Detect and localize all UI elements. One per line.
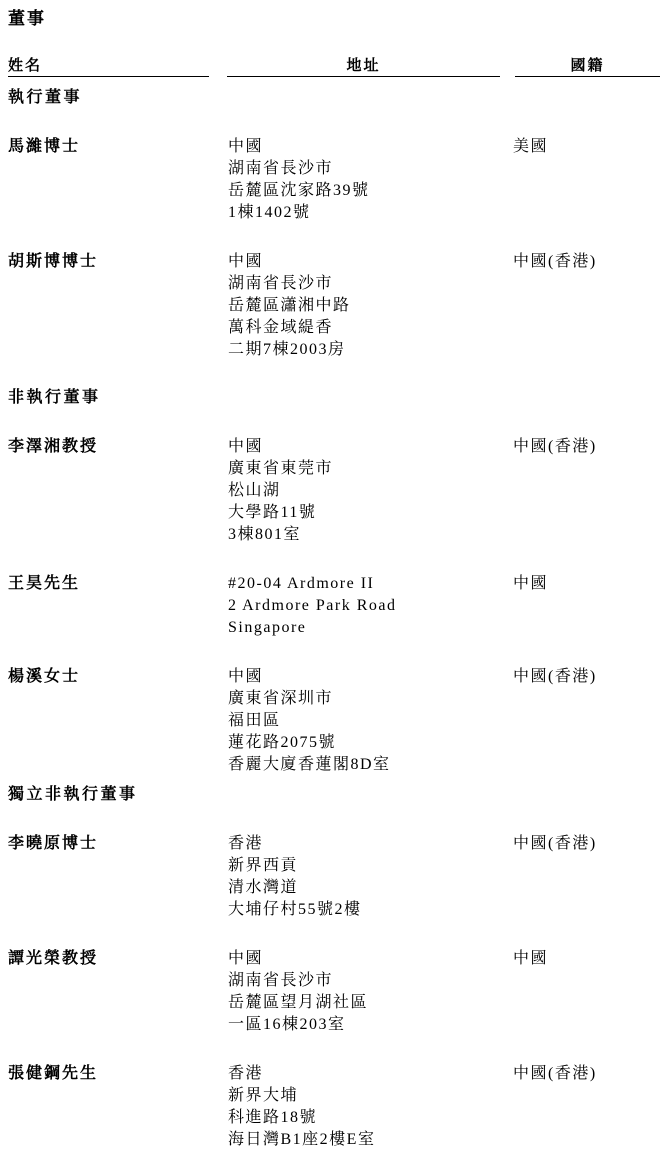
director-row: 張健鋼先生 香港 新界大埔 科進路18號 海日灣B1座2樓E室 中國(香港) — [8, 1063, 660, 1151]
director-row: 譚光榮教授 中國 湖南省長沙市 岳麓區望月湖社區 一區16棟203室 中國 — [8, 948, 660, 1036]
director-row: 李曉原博士 香港 新界西貢 清水灣道 大埔仔村55號2樓 中國(香港) — [8, 833, 660, 921]
director-name: 譚光榮教授 — [8, 948, 228, 1036]
address-line: 新界大埔 — [228, 1085, 513, 1107]
director-nationality: 中國(香港) — [513, 1063, 660, 1151]
address-line: 中國 — [228, 948, 513, 970]
address-line: 中國 — [228, 136, 513, 158]
address-line: 岳麓區望月湖社區 — [228, 992, 513, 1014]
director-name: 李曉原博士 — [8, 833, 228, 921]
address-line: 廣東省深圳市 — [228, 688, 513, 710]
director-address: 中國 湖南省長沙市 岳麓區瀟湘中路 萬科金域緹香 二期7棟2003房 — [228, 251, 513, 361]
address-line: 二期7棟2003房 — [228, 339, 513, 361]
director-address: 香港 新界大埔 科進路18號 海日灣B1座2樓E室 — [228, 1063, 513, 1151]
address-line: 香麗大廈香蓮閣8D室 — [228, 754, 513, 776]
address-line: 3棟801室 — [228, 524, 513, 546]
address-line: 一區16棟203室 — [228, 1014, 513, 1036]
address-line: 大學路11號 — [228, 502, 513, 524]
director-row: 王昊先生 #20-04 Ardmore II 2 Ardmore Park Ro… — [8, 573, 660, 639]
address-line: 科進路18號 — [228, 1107, 513, 1129]
address-line: 清水灣道 — [228, 877, 513, 899]
page-title: 董事 — [8, 8, 660, 30]
address-line: 海日灣B1座2樓E室 — [228, 1129, 513, 1151]
address-line: 福田區 — [228, 710, 513, 732]
address-line: 松山湖 — [228, 480, 513, 502]
table-header: 姓名 地址 國籍 — [8, 58, 660, 77]
director-nationality: 中國 — [513, 573, 660, 639]
director-row: 胡斯博博士 中國 湖南省長沙市 岳麓區瀟湘中路 萬科金域緹香 二期7棟2003房… — [8, 251, 660, 361]
document-page: 董事 姓名 地址 國籍 執行董事 馬濰博士 中國 湖南省長沙市 岳麓區沈家路39… — [8, 8, 660, 1151]
address-line: #20-04 Ardmore II — [228, 573, 513, 595]
director-row: 楊溪女士 中國 廣東省深圳市 福田區 蓮花路2075號 香麗大廈香蓮閣8D室 中… — [8, 666, 660, 776]
director-name: 王昊先生 — [8, 573, 228, 639]
director-nationality: 中國(香港) — [513, 251, 660, 361]
director-name: 李澤湘教授 — [8, 436, 228, 546]
director-nationality: 中國(香港) — [513, 833, 660, 921]
director-name: 馬濰博士 — [8, 136, 228, 224]
column-header-nationality: 國籍 — [515, 58, 660, 77]
address-line: 香港 — [228, 833, 513, 855]
address-line: 廣東省東莞市 — [228, 458, 513, 480]
director-nationality: 中國(香港) — [513, 436, 660, 546]
address-line: 中國 — [228, 251, 513, 273]
director-address: 中國 湖南省長沙市 岳麓區望月湖社區 一區16棟203室 — [228, 948, 513, 1036]
director-name: 胡斯博博士 — [8, 251, 228, 361]
address-line: 2 Ardmore Park Road — [228, 595, 513, 617]
address-line: 萬科金域緹香 — [228, 317, 513, 339]
column-header-name: 姓名 — [8, 58, 209, 77]
director-nationality: 中國 — [513, 948, 660, 1036]
address-line: 新界西貢 — [228, 855, 513, 877]
address-line: 1棟1402號 — [228, 202, 513, 224]
address-line: Singapore — [228, 617, 513, 639]
director-row: 馬濰博士 中國 湖南省長沙市 岳麓區沈家路39號 1棟1402號 美國 — [8, 136, 660, 224]
address-line: 中國 — [228, 666, 513, 688]
director-name: 楊溪女士 — [8, 666, 228, 776]
section-heading-independent-non-executive-directors: 獨立非執行董事 — [8, 784, 660, 806]
director-address: 香港 新界西貢 清水灣道 大埔仔村55號2樓 — [228, 833, 513, 921]
director-address: #20-04 Ardmore II 2 Ardmore Park Road Si… — [228, 573, 513, 639]
director-row: 李澤湘教授 中國 廣東省東莞市 松山湖 大學路11號 3棟801室 中國(香港) — [8, 436, 660, 546]
director-nationality: 美國 — [513, 136, 660, 224]
address-line: 湖南省長沙市 — [228, 158, 513, 180]
address-line: 岳麓區沈家路39號 — [228, 180, 513, 202]
section-heading-non-executive-directors: 非執行董事 — [8, 387, 660, 409]
address-line: 湖南省長沙市 — [228, 970, 513, 992]
address-line: 大埔仔村55號2樓 — [228, 899, 513, 921]
section-heading-executive-directors: 執行董事 — [8, 87, 660, 109]
column-header-address: 地址 — [227, 58, 500, 77]
address-line: 蓮花路2075號 — [228, 732, 513, 754]
address-line: 香港 — [228, 1063, 513, 1085]
director-name: 張健鋼先生 — [8, 1063, 228, 1151]
director-address: 中國 廣東省東莞市 松山湖 大學路11號 3棟801室 — [228, 436, 513, 546]
director-address: 中國 廣東省深圳市 福田區 蓮花路2075號 香麗大廈香蓮閣8D室 — [228, 666, 513, 776]
address-line: 中國 — [228, 436, 513, 458]
address-line: 岳麓區瀟湘中路 — [228, 295, 513, 317]
director-nationality: 中國(香港) — [513, 666, 660, 776]
director-address: 中國 湖南省長沙市 岳麓區沈家路39號 1棟1402號 — [228, 136, 513, 224]
address-line: 湖南省長沙市 — [228, 273, 513, 295]
